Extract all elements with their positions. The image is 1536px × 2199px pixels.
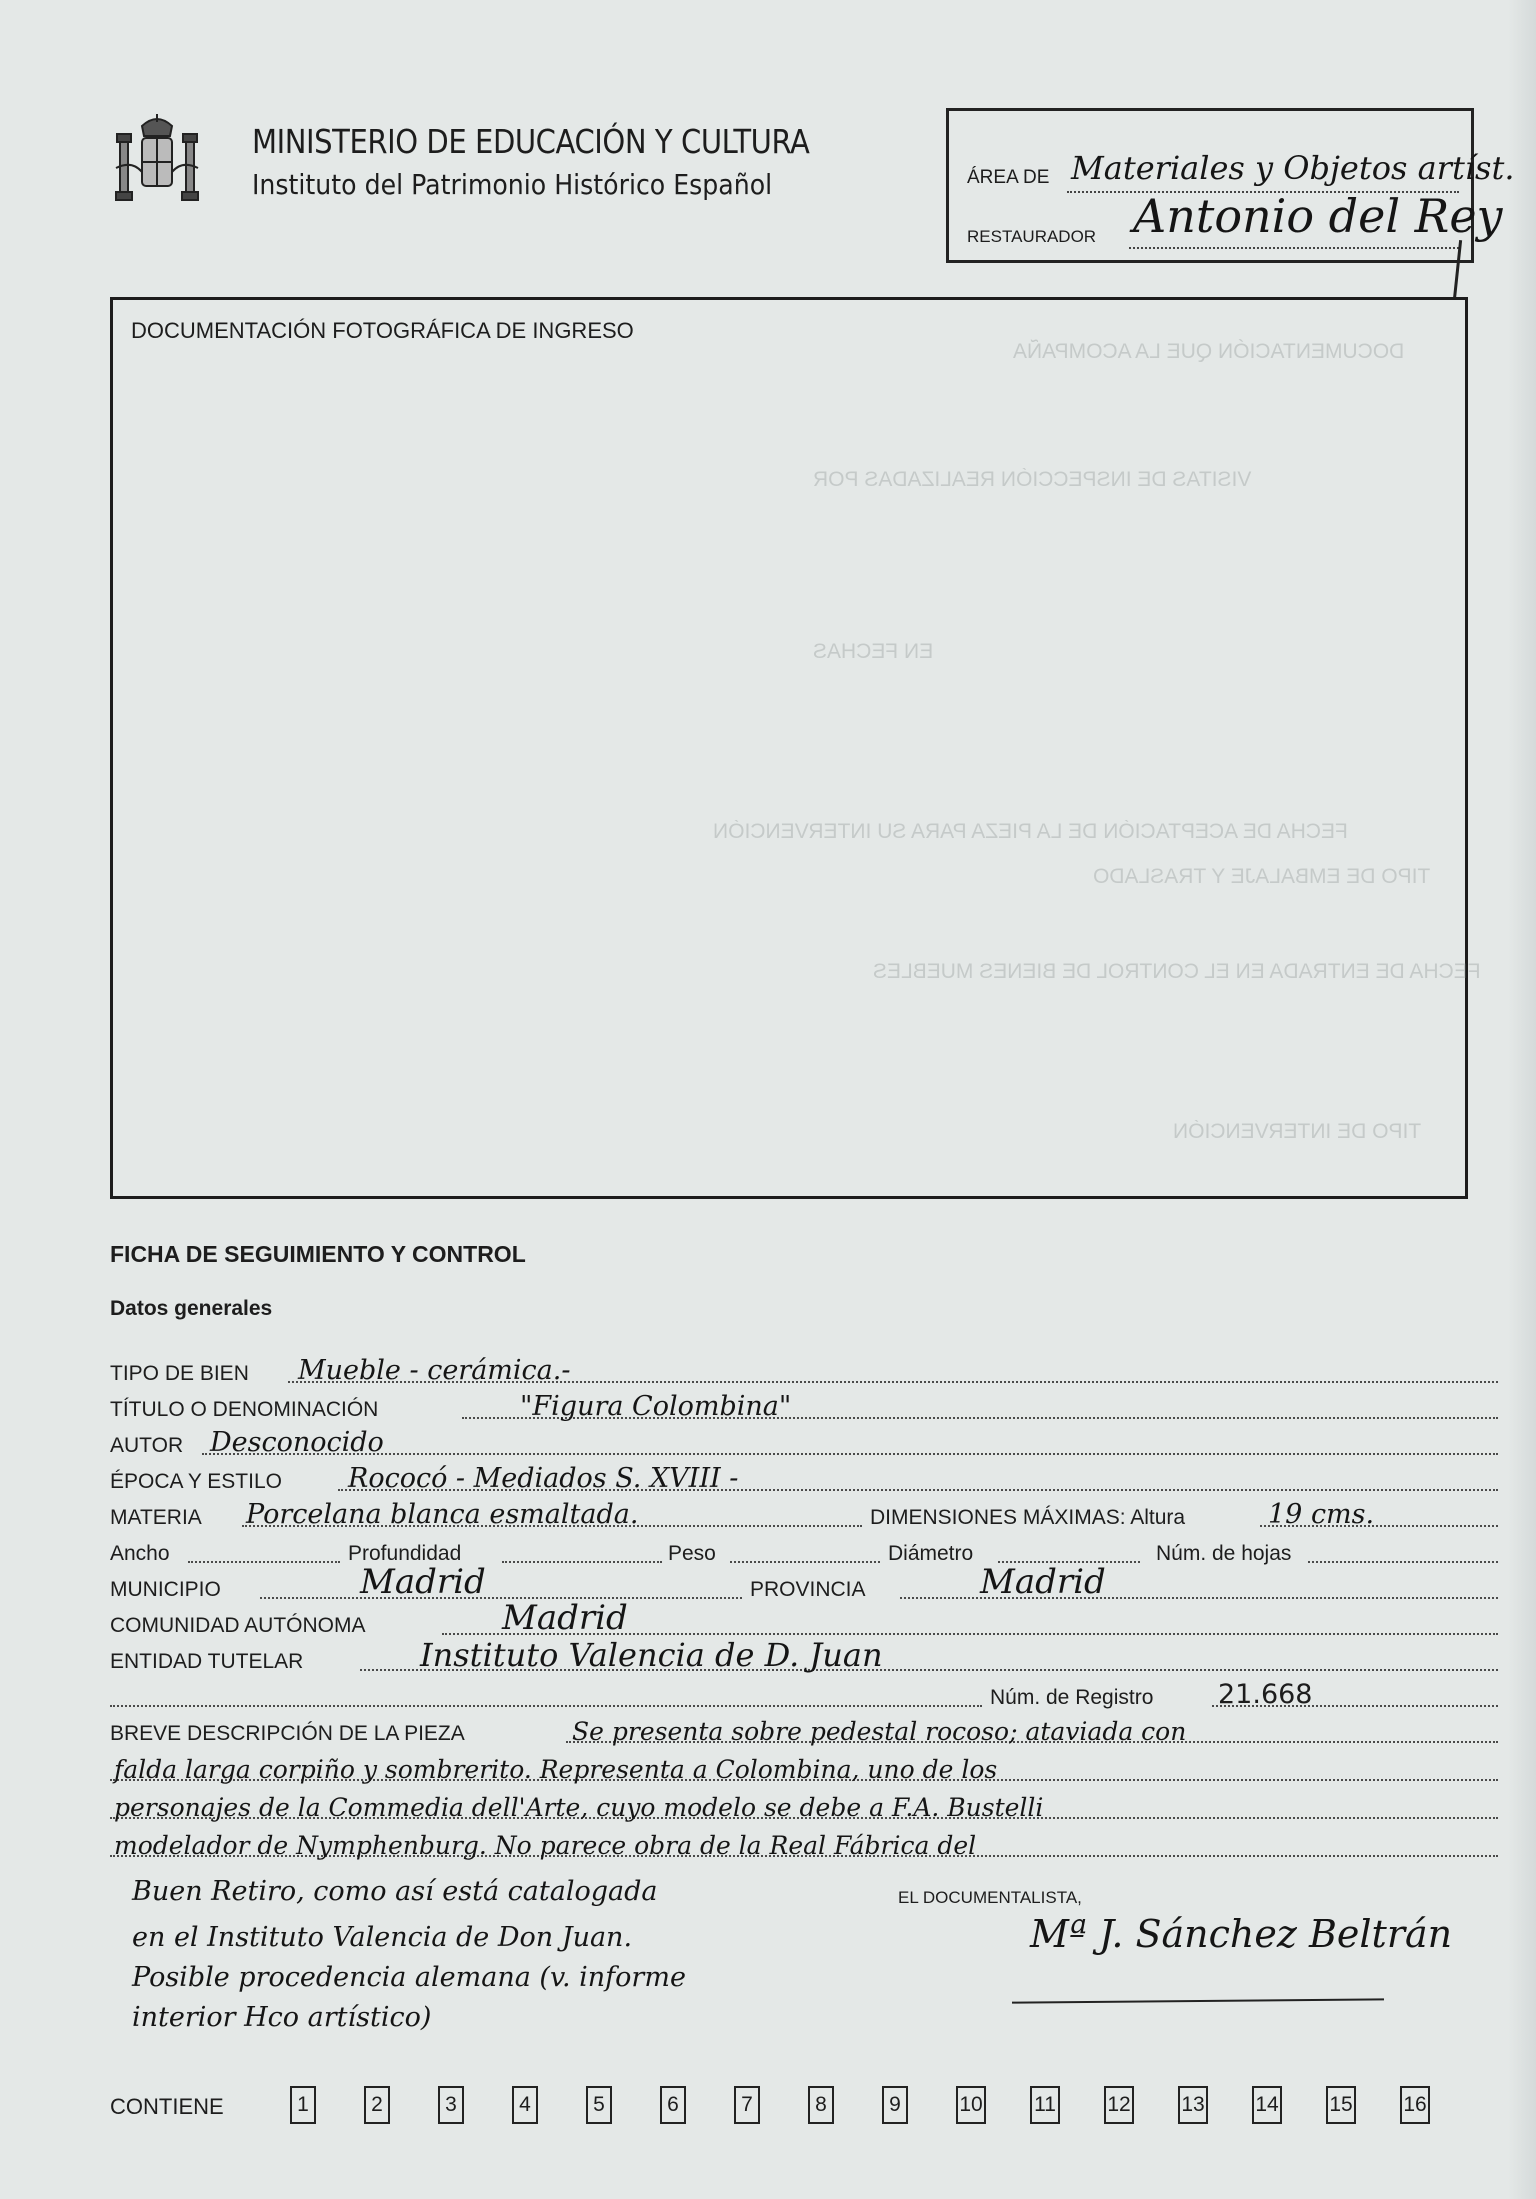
contiene-box-16[interactable]: 16 <box>1400 2086 1430 2124</box>
ministry-name: MINISTERIO DE EDUCACIÓN Y CULTURA <box>252 122 809 161</box>
contiene-box-11[interactable]: 11 <box>1030 2086 1060 2124</box>
field-comunidad[interactable]: COMUNIDAD AUTÓNOMA Madrid <box>110 1604 1498 1640</box>
contiene-box-9[interactable]: 9 <box>882 2086 908 2124</box>
bleed-through-text: DOCUMENTACIÓN QUE LA ACOMPAÑA <box>1013 340 1404 364</box>
paper-edge-shadow <box>1508 0 1536 2199</box>
contiene-box-8[interactable]: 8 <box>808 2086 834 2124</box>
institute-name: Instituto del Patrimonio Histórico Españ… <box>252 168 772 201</box>
dotted-line <box>260 1597 742 1599</box>
comunidad-label: COMUNIDAD AUTÓNOMA <box>110 1614 366 1638</box>
coat-of-arms-icon <box>112 112 202 206</box>
municipio-label: MUNICIPIO <box>110 1578 221 1602</box>
epoca-label: ÉPOCA Y ESTILO <box>110 1470 282 1494</box>
dotted-line <box>202 1453 1498 1455</box>
tipo-de-bien-value[interactable]: Mueble - cerámica.- <box>298 1355 570 1386</box>
comunidad-value[interactable]: Madrid <box>502 1598 628 1638</box>
ficha-title: FICHA DE SEGUIMIENTO Y CONTROL <box>110 1241 526 1268</box>
field-tipo-de-bien[interactable]: TIPO DE BIEN Mueble - cerámica.- <box>110 1352 1498 1388</box>
field-entidad[interactable]: ENTIDAD TUTELAR Instituto Valencia de D.… <box>110 1640 1498 1676</box>
contiene-box-1[interactable]: 1 <box>290 2086 316 2124</box>
num-hojas-label: Núm. de hojas <box>1156 1542 1291 1566</box>
contiene-box-15[interactable]: 15 <box>1326 2086 1356 2124</box>
contiene-box-3[interactable]: 3 <box>438 2086 464 2124</box>
field-materia-dimensiones[interactable]: MATERIA Porcelana blanca esmaltada. DIME… <box>110 1496 1498 1532</box>
description-line-1[interactable]: BREVE DESCRIPCIÓN DE LA PIEZA Se present… <box>110 1712 1498 1748</box>
descripcion-text[interactable]: Se presenta sobre pedestal rocoso; atavi… <box>572 1717 1186 1746</box>
titulo-label: TÍTULO O DENOMINACIÓN <box>110 1398 378 1422</box>
description-line-4[interactable]: modelador de Nymphenburg. No parece obra… <box>110 1826 1498 1862</box>
peso-label: Peso <box>668 1542 716 1566</box>
descripcion-text[interactable]: modelador de Nymphenburg. No parece obra… <box>114 1831 976 1860</box>
peso-input[interactable] <box>730 1561 880 1563</box>
descripcion-text[interactable]: Posible procedencia alemana (v. informe <box>132 1962 686 1993</box>
descripcion-text[interactable]: falda larga corpiño y sombrerito. Repres… <box>114 1755 997 1784</box>
provincia-label: PROVINCIA <box>750 1578 866 1602</box>
bleed-through-text: TIPO DE INTERVENCIÓN <box>1173 1120 1421 1144</box>
materia-label: MATERIA <box>110 1506 202 1530</box>
area-restaurador-box: ÁREA DE Materiales y Objetos artíst. RES… <box>946 108 1474 263</box>
signature-underline <box>1012 1998 1384 2003</box>
dotted-line <box>110 1705 982 1707</box>
titulo-value[interactable]: "Figura Colombina" <box>520 1391 791 1422</box>
autor-value[interactable]: Desconocido <box>210 1427 384 1458</box>
contiene-box-10[interactable]: 10 <box>956 2086 986 2124</box>
descripcion-label: BREVE DESCRIPCIÓN DE LA PIEZA <box>110 1722 465 1746</box>
contiene-box-5[interactable]: 5 <box>586 2086 612 2124</box>
area-label: ÁREA DE <box>967 167 1049 189</box>
descripcion-text[interactable]: interior Hco artístico) <box>132 2002 431 2033</box>
materia-value[interactable]: Porcelana blanca esmaltada. <box>246 1499 638 1530</box>
bleed-through-text: VISITAS DE INSPECCIÓN REALIZADAS POR <box>813 468 1251 492</box>
contiene-box-14[interactable]: 14 <box>1252 2086 1282 2124</box>
contiene-checkbox-group: 12345678910111213141516 <box>290 2086 1474 2124</box>
epoca-value[interactable]: Rococó - Mediados S. XVIII - <box>348 1463 738 1494</box>
entidad-value[interactable]: Instituto Valencia de D. Juan <box>420 1636 883 1674</box>
contiene-box-6[interactable]: 6 <box>660 2086 686 2124</box>
contiene-box-13[interactable]: 13 <box>1178 2086 1208 2124</box>
profundidad-input[interactable] <box>502 1561 662 1563</box>
documentalista-signature[interactable]: Mª J. Sánchez Beltrán <box>1030 1912 1452 1956</box>
contiene-box-12[interactable]: 12 <box>1104 2086 1134 2124</box>
bleed-through-text: EN FECHAS <box>813 640 933 664</box>
contiene-box-4[interactable]: 4 <box>512 2086 538 2124</box>
photo-section-title: DOCUMENTACIÓN FOTOGRÁFICA DE INGRESO <box>131 318 634 344</box>
field-autor[interactable]: AUTOR Desconocido <box>110 1424 1498 1460</box>
restaurador-label: RESTAURADOR <box>967 227 1096 247</box>
restaurador-dotted-line <box>1129 247 1459 249</box>
tipo-de-bien-label: TIPO DE BIEN <box>110 1362 249 1386</box>
altura-value[interactable]: 19 cms. <box>1268 1499 1374 1530</box>
registro-value[interactable]: 21.668 <box>1218 1679 1312 1710</box>
field-medidas[interactable]: Ancho Profundidad Peso Diámetro Núm. de … <box>110 1532 1498 1568</box>
dimensiones-label: DIMENSIONES MÁXIMAS: Altura <box>870 1506 1185 1530</box>
documentalista-label: EL DOCUMENTALISTA, <box>898 1888 1082 1908</box>
field-titulo[interactable]: TÍTULO O DENOMINACIÓN "Figura Colombina" <box>110 1388 1498 1424</box>
bleed-through-text: FECHA DE ENTRADA EN EL CONTROL DE BIENES… <box>873 960 1481 984</box>
ancho-input[interactable] <box>188 1561 340 1563</box>
area-value[interactable]: Materiales y Objetos artíst. <box>1071 149 1514 187</box>
descripcion-text[interactable]: personajes de la Commedia dell'Arte, cuy… <box>114 1793 1043 1822</box>
descripcion-text[interactable]: Buen Retiro, como así está catalogada <box>132 1876 657 1907</box>
ancho-label: Ancho <box>110 1542 170 1566</box>
bleed-through-text: TIPO DE EMBALAJE Y TRASLADO <box>1093 865 1430 889</box>
description-line-3[interactable]: personajes de la Commedia dell'Arte, cuy… <box>110 1788 1498 1824</box>
field-registro[interactable]: Núm. de Registro 21.668 <box>110 1676 1498 1712</box>
descripcion-text[interactable]: en el Instituto Valencia de Don Juan. <box>132 1922 632 1953</box>
field-epoca[interactable]: ÉPOCA Y ESTILO Rococó - Mediados S. XVII… <box>110 1460 1498 1496</box>
registro-label: Núm. de Registro <box>990 1686 1153 1710</box>
description-line-2[interactable]: falda larga corpiño y sombrerito. Repres… <box>110 1750 1498 1786</box>
datos-generales-title: Datos generales <box>110 1297 272 1321</box>
autor-label: AUTOR <box>110 1434 183 1458</box>
entidad-label: ENTIDAD TUTELAR <box>110 1650 303 1674</box>
num-hojas-input[interactable] <box>1308 1561 1498 1563</box>
restaurador-value[interactable]: Antonio del Rey <box>1133 189 1503 243</box>
field-municipio-provincia[interactable]: MUNICIPIO Madrid PROVINCIA Madrid <box>110 1568 1498 1604</box>
diametro-label: Diámetro <box>888 1542 973 1566</box>
municipio-value[interactable]: Madrid <box>360 1562 486 1602</box>
provincia-value[interactable]: Madrid <box>980 1562 1106 1602</box>
bleed-through-text: FECHA DE ACEPTACIÓN DE LA PIEZA PARA SU … <box>713 820 1348 844</box>
contiene-box-7[interactable]: 7 <box>734 2086 760 2124</box>
contiene-label: CONTIENE <box>110 2094 224 2120</box>
photo-documentation-box[interactable]: DOCUMENTACIÓN FOTOGRÁFICA DE INGRESO DOC… <box>110 297 1468 1199</box>
contiene-box-2[interactable]: 2 <box>364 2086 390 2124</box>
